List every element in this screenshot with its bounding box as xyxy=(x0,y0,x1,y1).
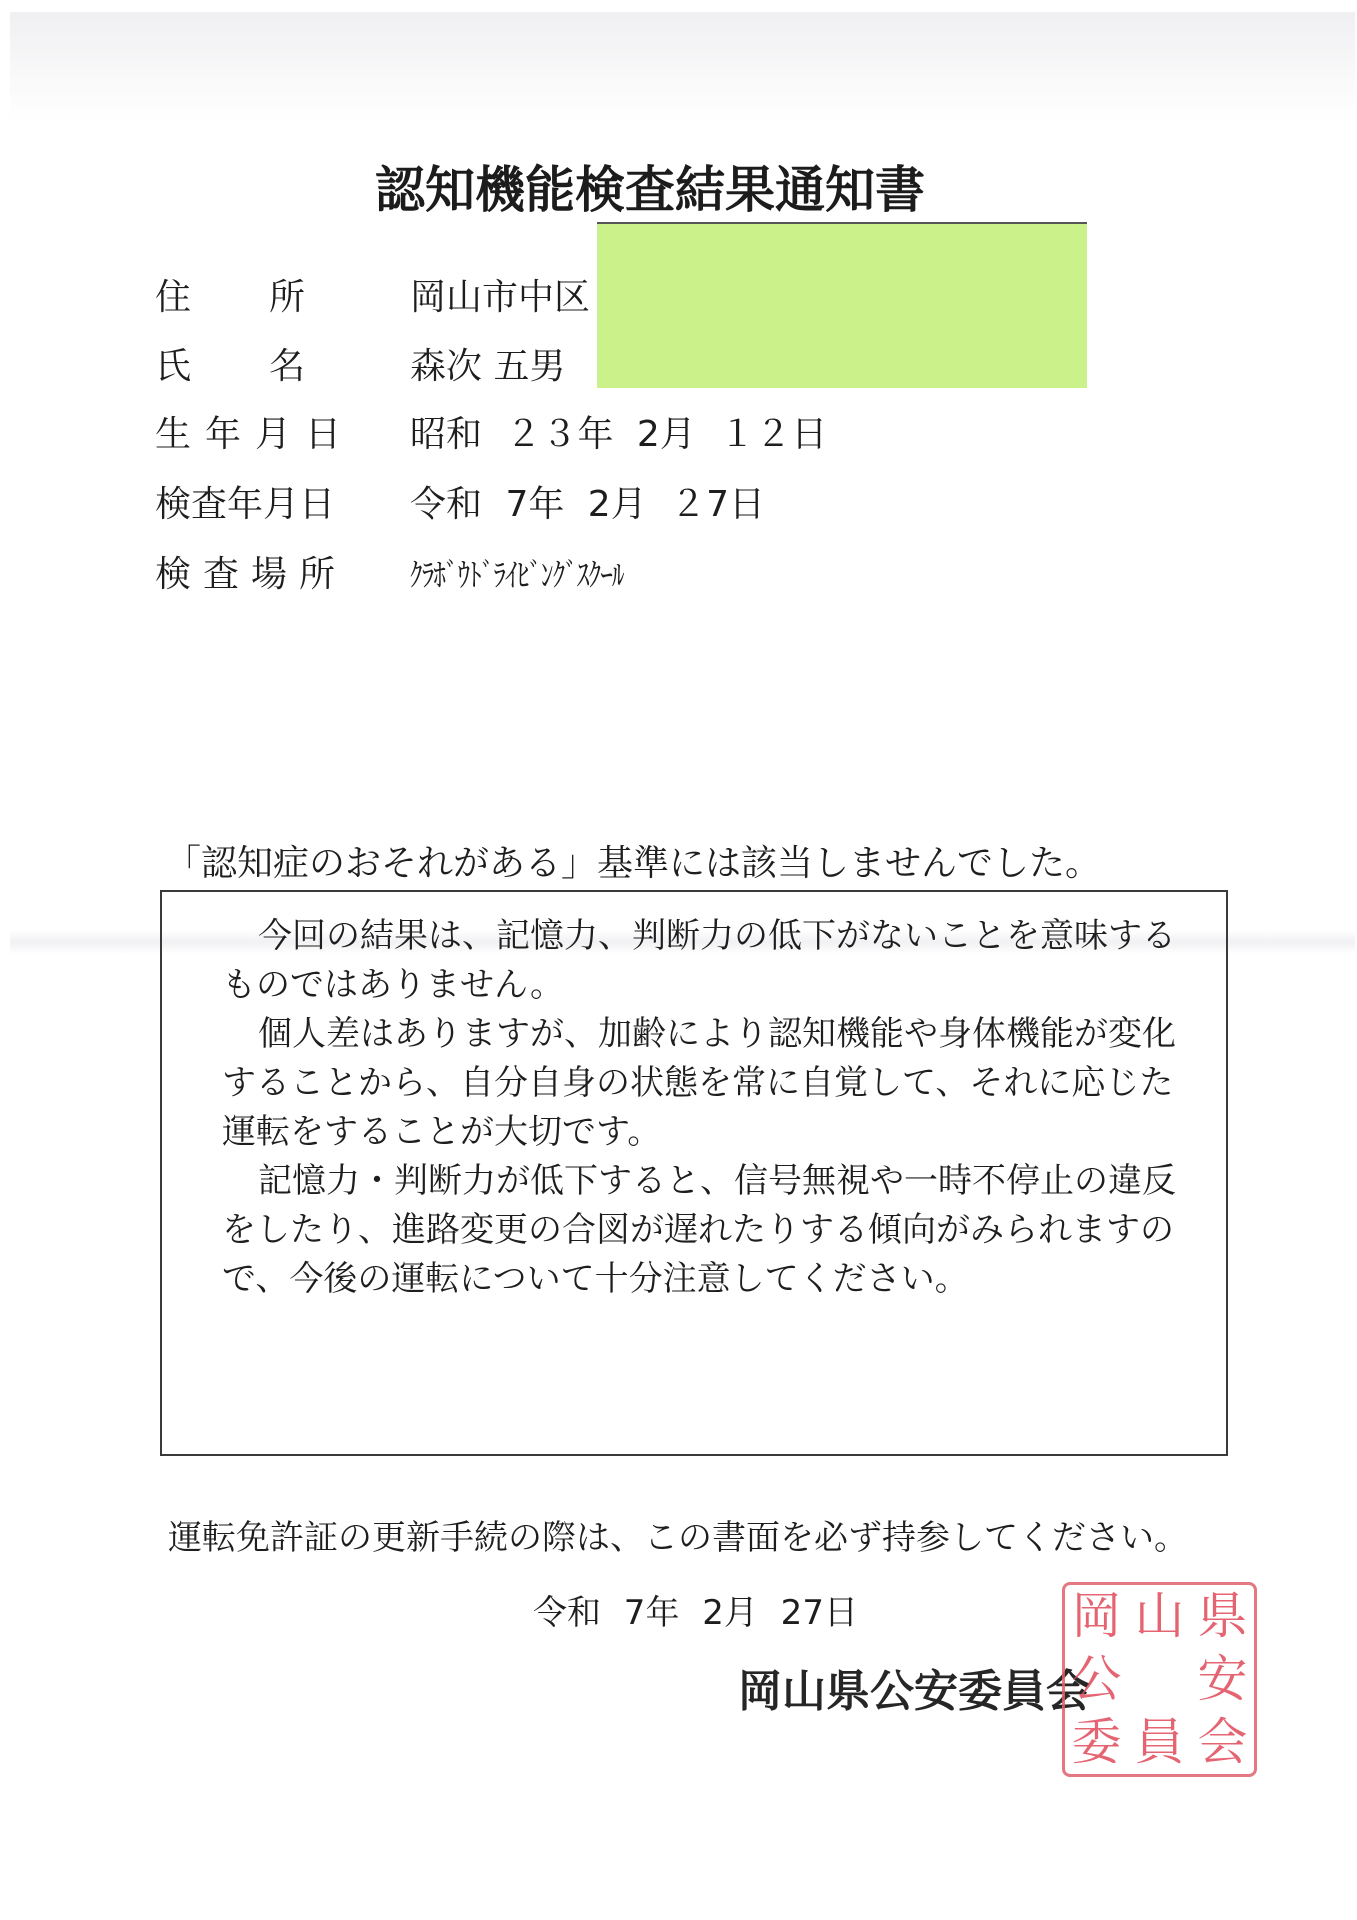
seal-char: 員 xyxy=(1128,1711,1191,1774)
redaction-box xyxy=(597,222,1087,388)
official-seal-icon: 岡 山 県 公 安 委 員 会 xyxy=(1062,1582,1257,1777)
document-title: 認知機能検査結果通知書 xyxy=(375,150,925,222)
notice-line: で、今後の運転について十分注意してください。 xyxy=(222,1255,1222,1304)
seal-char: 県 xyxy=(1191,1585,1254,1648)
info-label: 氏名 xyxy=(155,342,345,392)
seal-char xyxy=(1128,1648,1191,1711)
seal-char: 山 xyxy=(1128,1585,1191,1648)
notice-line: することから、自分自身の状態を常に自覚して、それに応じた xyxy=(222,1059,1222,1108)
info-label: 検査年月日 xyxy=(155,480,345,530)
seal-char: 会 xyxy=(1191,1711,1254,1774)
notice-box: 今回の結果は、記憶力、判断力の低下がないことを意味する ものではありません。 個… xyxy=(160,890,1228,1456)
issue-date: 令和 7年 2月 27日 xyxy=(533,1585,858,1634)
notice-line: をしたり、進路変更の合図が遅れたりする傾向がみられますの xyxy=(222,1206,1222,1255)
notice-line: 記憶力・判断力が低下すると、信号無視や一時不停止の違反 xyxy=(222,1157,1222,1206)
notice-line: 運転をすることが大切です。 xyxy=(222,1108,1222,1157)
notice-text: 今回の結果は、記憶力、判断力の低下がないことを意味する ものではありません。 個… xyxy=(222,912,1222,1304)
result-statement: 「認知症のおそれがある」基準には該当しませんでした。 xyxy=(165,835,1101,886)
info-label: 生年月日 xyxy=(155,410,345,460)
info-label: 住所 xyxy=(155,273,345,323)
seal-char: 安 xyxy=(1191,1648,1254,1711)
seal-char: 岡 xyxy=(1065,1585,1128,1648)
seal-char: 公 xyxy=(1065,1648,1128,1711)
info-value: 森次 五男 xyxy=(410,342,565,392)
info-value: 昭和 ２３年 2月 １２日 xyxy=(410,410,827,460)
issuer-name: 岡山県公安委員会 xyxy=(738,1655,1090,1719)
info-value: ｸﾗﾎﾞｳﾄﾞﾗｲﾋﾞﾝｸﾞｽｸｰﾙ xyxy=(410,550,624,600)
footer-note: 運転免許証の更新手続の際は、この書面を必ず持参してください。 xyxy=(168,1510,1188,1559)
notice-line: 今回の結果は、記憶力、判断力の低下がないことを意味する xyxy=(222,912,1222,961)
info-value: 岡山市中区 xyxy=(410,273,590,323)
notice-line: ものではありません。 xyxy=(222,961,1222,1010)
seal-char: 委 xyxy=(1065,1711,1128,1774)
scan-shadow xyxy=(10,12,1355,122)
info-value: 令和 7年 2月 ２7日 xyxy=(410,480,765,530)
info-label: 検査場所 xyxy=(155,550,345,600)
notice-line: 個人差はありますが、加齢により認知機能や身体機能が変化 xyxy=(222,1010,1222,1059)
